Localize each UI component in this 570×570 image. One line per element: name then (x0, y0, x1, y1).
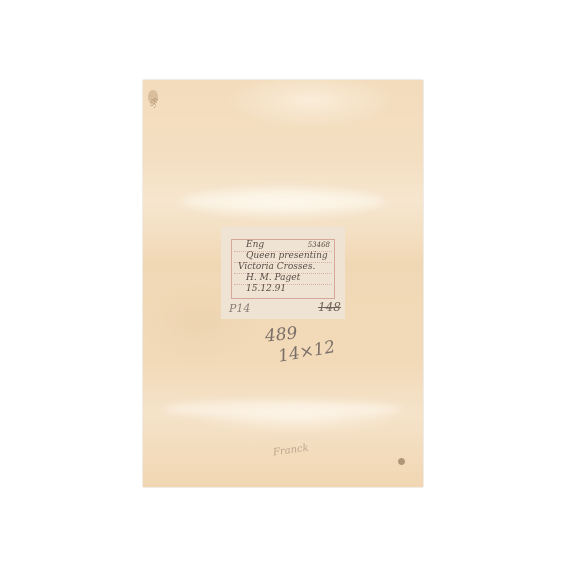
label-title-line-2: Victoria Crosses. (238, 262, 315, 273)
label-title-line-1: Queen presenting (246, 251, 328, 262)
worn-patch (163, 400, 403, 418)
label-frame: Eng 53468 Queen presenting Victoria Cros… (231, 239, 335, 299)
label-row-date: 15.12.91 (234, 284, 332, 295)
stain-mark (398, 458, 405, 465)
faint-signature: Franck (272, 443, 309, 459)
corner-pencil-mark: Sh (148, 96, 160, 109)
pencil-code: P14 (229, 302, 250, 315)
worn-patch (183, 190, 383, 212)
mounted-print-back: Sh Eng 53468 Queen presenting Victoria C… (143, 80, 423, 487)
label-artist: H. M. Paget (246, 273, 300, 284)
pencil-struck-number: 148 (318, 300, 341, 314)
label-date: 15.12.91 (246, 284, 286, 295)
label-number: 53468 (308, 240, 330, 251)
label-medium: Eng (246, 240, 264, 251)
